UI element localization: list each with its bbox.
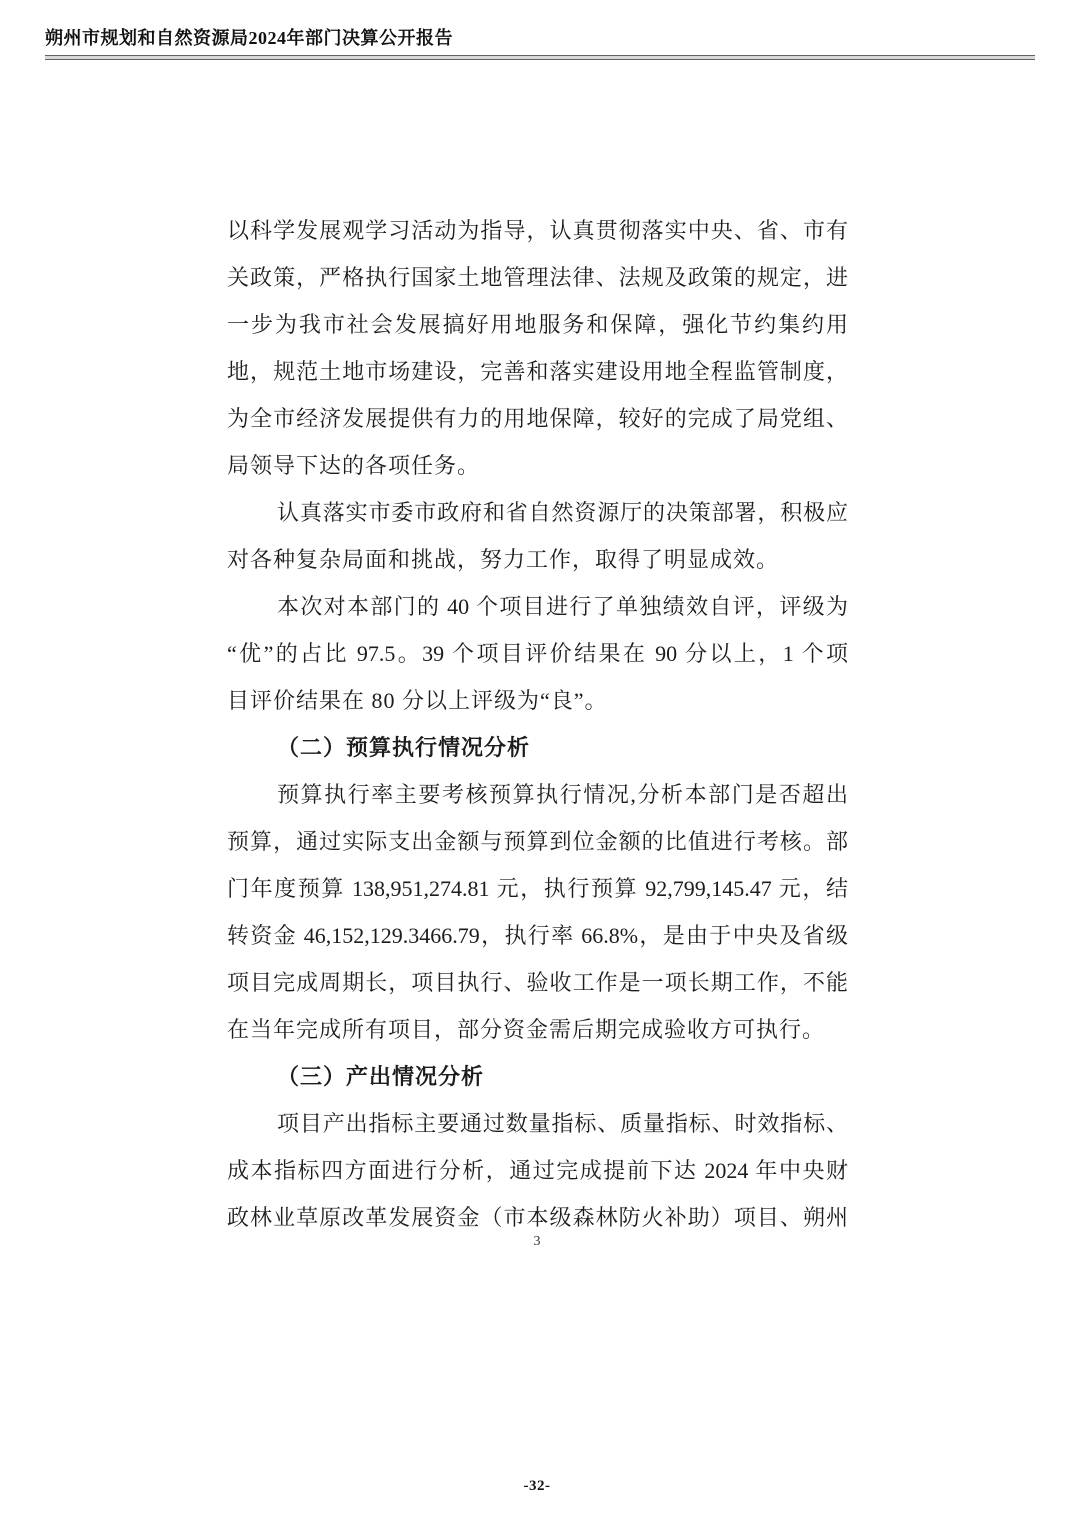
inner-page-number: 3	[0, 1234, 1074, 1250]
body-line: 为全市经济发展提供有力的用地保障，较好的完成了局党组、	[227, 395, 848, 442]
body-line: 对各种复杂局面和挑战，努力工作，取得了明显成效。	[227, 536, 848, 583]
body-line: 以科学发展观学习活动为指导，认真贯彻落实中央、省、市有	[227, 207, 848, 254]
body-line: 项目产出指标主要通过数量指标、质量指标、时效指标、	[227, 1100, 848, 1147]
body-line: 项目完成周期长，项目执行、验收工作是一项长期工作，不能	[227, 959, 848, 1006]
report-title: 朔州市规划和自然资源局2024年部门决算公开报告	[45, 26, 1035, 50]
footer-page-number: -32-	[0, 1478, 1074, 1495]
body-line: 门年度预算 138,951,274.81 元，执行预算 92,799,145.4…	[227, 865, 848, 912]
body-line: 预算执行率主要考核预算执行情况,分析本部门是否超出	[227, 771, 848, 818]
header-divider	[45, 55, 1035, 60]
section-heading-budget-execution: （二）预算执行情况分析	[227, 724, 848, 771]
body-line: 本次对本部门的 40 个项目进行了单独绩效自评，评级为	[227, 583, 848, 630]
page-header: 朔州市规划和自然资源局2024年部门决算公开报告	[45, 26, 1035, 50]
body-line: 成本指标四方面进行分析，通过完成提前下达 2024 年中央财	[227, 1147, 848, 1194]
document-page: 朔州市规划和自然资源局2024年部门决算公开报告 以科学发展观学习活动为指导，认…	[0, 0, 1074, 1520]
document-body: 以科学发展观学习活动为指导，认真贯彻落实中央、省、市有 关政策，严格执行国家土地…	[227, 207, 848, 1241]
body-line: 地，规范土地市场建设，完善和落实建设用地全程监管制度，	[227, 348, 848, 395]
body-line: 局领导下达的各项任务。	[227, 442, 848, 489]
body-line: 一步为我市社会发展搞好用地服务和保障，强化节约集约用	[227, 301, 848, 348]
section-heading-output-analysis: （三）产出情况分析	[227, 1053, 848, 1100]
body-line: 关政策，严格执行国家土地管理法律、法规及政策的规定，进	[227, 254, 848, 301]
body-line: 目评价结果在 80 分以上评级为“良”。	[227, 677, 848, 724]
body-line: “优”的占比 97.5。39 个项目评价结果在 90 分以上，1 个项	[227, 630, 848, 677]
body-line: 在当年完成所有项目，部分资金需后期完成验收方可执行。	[227, 1006, 848, 1053]
body-line: 转资金 46,152,129.3466.79，执行率 66.8%，是由于中央及省…	[227, 912, 848, 959]
body-line: 预算，通过实际支出金额与预算到位金额的比值进行考核。部	[227, 818, 848, 865]
body-line: 认真落实市委市政府和省自然资源厅的决策部署，积极应	[227, 489, 848, 536]
